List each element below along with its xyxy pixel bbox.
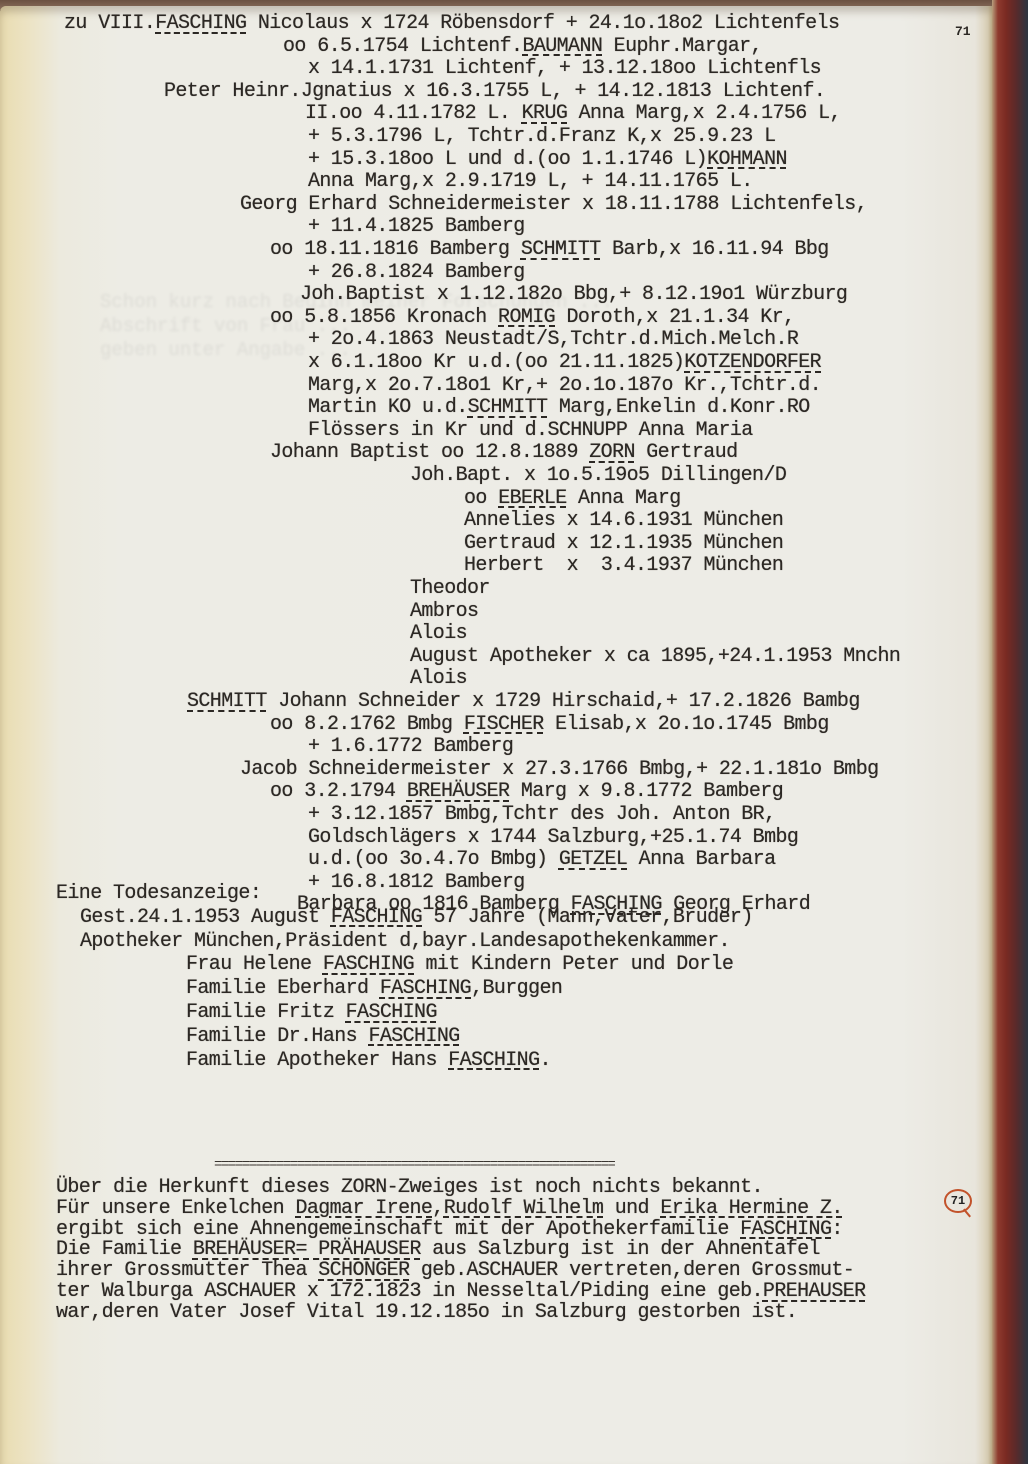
notice-line: Eine Todesanzeige:: [56, 882, 261, 906]
text-segment: Theodor: [410, 577, 490, 600]
underlined-surname: PREHAUSER: [763, 1280, 866, 1303]
genealogy-line: Alois: [410, 667, 467, 691]
text-segment: Anna Marg,x 2.9.1719 L, + 14.11.1765 L.: [308, 170, 753, 193]
notice-line: Frau Helene FASCHING mit Kindern Peter u…: [186, 953, 733, 977]
genealogy-line: + 3.12.1857 Bmbg,Tchtr des Joh. Anton BR…: [308, 803, 775, 827]
text-segment: Familie Fritz: [186, 1001, 346, 1024]
text-segment: Alois: [410, 622, 467, 645]
genealogy-line: Joh.Baptist x 1.12.182o Bbg,+ 8.12.19o1 …: [300, 283, 847, 307]
text-segment: oo 18.11.1816 Bamberg: [270, 238, 521, 261]
text-segment: x 14.1.1731 Lichtenf, + 13.12.18oo Licht…: [308, 57, 821, 80]
genealogy-line: SCHMITT Johann Schneider x 1729 Hirschai…: [187, 690, 860, 714]
underlined-surname: SCHMITT: [521, 238, 601, 261]
text-segment: x 6.1.18oo Kr u.d.(oo 21.11.1825): [308, 351, 684, 374]
underlined-surname: KOHMANN: [707, 148, 787, 171]
genealogy-line: Martin KO u.d.SCHMITT Marg,Enkelin d.Kon…: [308, 396, 810, 420]
text-segment: Apotheker München,Präsident d,bayr.Lande…: [80, 930, 730, 953]
document-page: Schon kurz nach Beginn meiner Forschunge…: [0, 6, 992, 1464]
genealogy-line: + 26.8.1824 Bamberg: [308, 261, 525, 285]
underlined-surname: FASCHING: [331, 906, 422, 929]
genealogy-line: Flössers in Kr und d.SCHNUPP Anna Maria: [308, 419, 753, 443]
genealogy-line: Goldschlägers x 1744 Salzburg,+25.1.74 B…: [308, 826, 798, 850]
text-segment: Peter Heinr.Jgnatius x 16.3.1755 L, + 14…: [164, 80, 825, 103]
text-segment: Georg Erhard Schneidermeister x 18.11.17…: [240, 193, 867, 216]
underlined-surname: FASCHING: [380, 977, 471, 1000]
underlined-surname: FASCHING: [323, 953, 414, 976]
text-segment: war,deren Vater Josef Vital 19.12.185o i…: [56, 1301, 797, 1324]
genealogy-line: oo 8.2.1762 Bmbg FISCHER Elisab,x 2o.1o.…: [270, 713, 829, 737]
text-segment: Über die Herkunft dieses ZORN-Zweiges is…: [56, 1176, 763, 1199]
text-segment: Joh.Bapt. x 1o.5.19o5 Dillingen/D: [410, 464, 786, 487]
text-segment: oo 5.8.1856 Kronach: [270, 306, 498, 329]
text-segment: Annelies x 14.6.1931 München: [464, 509, 783, 532]
text-segment: :: [831, 1218, 842, 1241]
notice-line: Familie Fritz FASCHING: [186, 1001, 437, 1025]
genealogy-line: oo 3.2.1794 BREHÄUSER Marg x 9.8.1772 Ba…: [270, 780, 783, 804]
text-segment: Ambros: [410, 600, 478, 623]
underlined-surname: ZORN: [589, 441, 635, 464]
separator-line: ========================================…: [214, 1158, 774, 1172]
underlined-surname: ROMIG: [498, 306, 555, 329]
text-segment: oo 3.2.1794: [270, 780, 407, 803]
book-binding-edge: [992, 0, 1028, 1464]
text-segment: + 5.3.1796 L, Tchtr.d.Franz K,x 25.9.23 …: [308, 125, 775, 148]
genealogy-line: Jacob Schneidermeister x 27.3.1766 Bmbg,…: [240, 758, 879, 782]
text-segment: Frau Helene: [186, 953, 323, 976]
underlined-surname: SCHMITT: [187, 690, 267, 713]
text-segment: Nicolaus x 1724 Röbensdorf + 24.1o.18o2 …: [246, 12, 839, 35]
text-segment: August Apotheker x ca 1895,+24.1.1953 Mn…: [410, 645, 900, 668]
underlined-surname: FASCHING: [368, 1025, 459, 1048]
notice-line: Familie Eberhard FASCHING,Burggen: [186, 977, 562, 1001]
underlined-surname: Erika Hermine Z.: [660, 1197, 842, 1220]
text-segment: + 2o.4.1863 Neustadt/S,Tchtr.d.Mich.Melc…: [308, 328, 798, 351]
notice-line: Gest.24.1.1953 August FASCHING 57 Jahre …: [80, 906, 753, 930]
text-segment: Für unsere Enkelchen: [56, 1197, 295, 1220]
genealogy-line: Theodor: [410, 577, 490, 601]
text-segment: Joh.Baptist x 1.12.182o Bbg,+ 8.12.19o1 …: [300, 283, 847, 306]
genealogy-line: oo 5.8.1856 Kronach ROMIG Doroth,x 21.1.…: [270, 306, 795, 330]
underlined-surname: KRUG: [522, 102, 568, 125]
underlined-surname: BREHÄUSER: [407, 780, 510, 803]
genealogy-line: Ambros: [410, 600, 478, 624]
text-segment: + 11.4.1825 Bamberg: [308, 215, 525, 238]
underlined-surname: SCHMITT: [468, 396, 548, 419]
text-segment: Herbert x 3.4.1937 München: [464, 554, 783, 577]
genealogy-line: x 6.1.18oo Kr u.d.(oo 21.11.1825)KOTZEND…: [308, 351, 821, 375]
text-segment: Elisab,x 2o.1o.1745 Bmbg: [544, 713, 829, 736]
text-segment: Gest.24.1.1953 August: [80, 906, 331, 929]
text-segment: + 3.12.1857 Bmbg,Tchtr des Joh. Anton BR…: [308, 803, 775, 826]
text-segment: Anna Barbara: [627, 848, 775, 871]
underlined-surname: SCHONGER: [318, 1259, 409, 1282]
underlined-surname: Rudolf Wilhelm: [444, 1197, 604, 1220]
text-segment: Anna Marg,x 2.4.1756 L,: [567, 102, 841, 125]
text-segment: II.oo 4.11.1782 L.: [305, 102, 522, 125]
notice-line: Apotheker München,Präsident d,bayr.Lande…: [80, 930, 730, 954]
text-segment: und: [603, 1197, 660, 1220]
genealogy-line: Herbert x 3.4.1937 München: [464, 554, 783, 578]
underlined-surname: BAUMANN: [522, 35, 602, 58]
text-segment: + 16.8.1812 Bamberg: [308, 871, 525, 894]
genealogy-line: Johann Baptist oo 12.8.1889 ZORN Gertrau…: [270, 441, 738, 465]
genealogy-line: Marg,x 2o.7.18o1 Kr,+ 2o.1o.187o Kr.,Tch…: [308, 374, 821, 398]
text-segment: geb.ASCHAUER vertreten,deren Grossmut-: [409, 1259, 854, 1282]
genealogy-line: Gertraud x 12.1.1935 München: [464, 532, 783, 556]
notice-line: Familie Dr.Hans FASCHING: [186, 1025, 460, 1049]
underlined-surname: FASCHING: [155, 12, 246, 35]
underlined-surname: GETZEL: [559, 848, 627, 871]
genealogy-line: II.oo 4.11.1782 L. KRUG Anna Marg,x 2.4.…: [305, 102, 841, 126]
text-segment: Gertraud x 12.1.1935 München: [464, 532, 783, 555]
text-segment: ter Walburga ASCHAUER x 172.1823 in Ness…: [56, 1280, 763, 1303]
text-segment: Anna Marg: [567, 487, 681, 510]
genealogy-line: Peter Heinr.Jgnatius x 16.3.1755 L, + 14…: [164, 80, 825, 104]
underlined-surname: FASCHING: [448, 1049, 539, 1072]
text-segment: Familie Apotheker Hans: [186, 1049, 448, 1072]
text-segment: Euphr.Margar,: [602, 35, 762, 58]
genealogy-line: oo 18.11.1816 Bamberg SCHMITT Barb,x 16.…: [270, 238, 829, 262]
genealogy-line: x 14.1.1731 Lichtenf, + 13.12.18oo Licht…: [308, 57, 821, 81]
genealogy-line: Alois: [410, 622, 467, 646]
text-segment: + 26.8.1824 Bamberg: [308, 261, 525, 284]
text-segment: Barb,x 16.11.94 Bbg: [601, 238, 829, 261]
genealogy-line: oo 6.5.1754 Lichtenf.BAUMANN Euphr.Marga…: [283, 35, 762, 59]
underlined-surname: BREHÄUSER= PRÄHAUSER: [193, 1238, 421, 1261]
text-segment: aus Salzburg ist in der Ahnentafel: [421, 1238, 820, 1261]
genealogy-line: zu VIII.FASCHING Nicolaus x 1724 Röbensd…: [64, 12, 839, 36]
text-segment: Doroth,x 21.1.34 Kr,: [555, 306, 794, 329]
text-segment: Marg,Enkelin d.Konr.RO: [547, 396, 809, 419]
text-segment: Die Familie: [56, 1238, 193, 1261]
genealogy-line: u.d.(oo 3o.4.7o Bmbg) GETZEL Anna Barbar…: [308, 848, 776, 872]
genealogy-line: August Apotheker x ca 1895,+24.1.1953 Mn…: [410, 645, 900, 669]
text-segment: mit Kindern Peter und Dorle: [414, 953, 733, 976]
genealogy-line: oo EBERLE Anna Marg: [464, 487, 681, 511]
text-segment: Marg,x 2o.7.18o1 Kr,+ 2o.1o.187o Kr.,Tch…: [308, 374, 821, 397]
genealogy-line: Georg Erhard Schneidermeister x 18.11.17…: [240, 193, 867, 217]
text-segment: ,: [432, 1197, 443, 1220]
text-segment: Johann Baptist oo 12.8.1889: [270, 441, 589, 464]
genealogy-line: + 2o.4.1863 Neustadt/S,Tchtr.d.Mich.Melc…: [308, 328, 798, 352]
handwritten-page-annotation: 71: [944, 1189, 972, 1213]
page-number: 71: [955, 24, 971, 39]
genealogy-line: + 11.4.1825 Bamberg: [308, 215, 525, 239]
underlined-surname: FISCHER: [464, 713, 544, 736]
genealogy-line: Anna Marg,x 2.9.1719 L, + 14.11.1765 L.: [308, 170, 753, 194]
text-segment: ,Burggen: [471, 977, 562, 1000]
genealogy-line: + 16.8.1812 Bamberg: [308, 871, 525, 895]
text-segment: + 15.3.18oo L und d.(oo 1.1.1746 L): [308, 148, 707, 171]
text-segment: Familie Eberhard: [186, 977, 380, 1000]
text-segment: oo 6.5.1754 Lichtenf.: [283, 35, 522, 58]
text-segment: ihrer Grossmutter Thea: [56, 1259, 318, 1282]
genealogy-line: Annelies x 14.6.1931 München: [464, 509, 783, 533]
genealogy-line: Joh.Bapt. x 1o.5.19o5 Dillingen/D: [410, 464, 786, 488]
text-segment: Johann Schneider x 1729 Hirschaid,+ 17.2…: [267, 690, 860, 713]
underlined-surname: EBERLE: [498, 487, 566, 510]
underlined-surname: FASCHING: [346, 1001, 437, 1024]
text-segment: 57 Jahre (Mann,Vater,Bruder): [422, 906, 753, 929]
text-segment: Eine Todesanzeige:: [56, 882, 261, 905]
text-segment: oo: [464, 487, 498, 510]
genealogy-line: + 15.3.18oo L und d.(oo 1.1.1746 L)KOHMA…: [308, 148, 787, 172]
text-segment: Alois: [410, 667, 467, 690]
text-segment: oo 8.2.1762 Bmbg: [270, 713, 464, 736]
genealogy-line: + 5.3.1796 L, Tchtr.d.Franz K,x 25.9.23 …: [308, 125, 775, 149]
text-segment: + 1.6.1772 Bamberg: [308, 735, 513, 758]
notice-line: Familie Apotheker Hans FASCHING.: [186, 1049, 551, 1073]
closing-line: war,deren Vater Josef Vital 19.12.185o i…: [56, 1301, 797, 1325]
underlined-surname: Dagmar Irene: [295, 1197, 432, 1220]
text-segment: Marg x 9.8.1772 Bamberg: [509, 780, 783, 803]
genealogy-line: + 1.6.1772 Bamberg: [308, 735, 513, 759]
text-segment: u.d.(oo 3o.4.7o Bmbg): [308, 848, 559, 871]
text-segment: Jacob Schneidermeister x 27.3.1766 Bmbg,…: [240, 758, 879, 781]
underlined-surname: KOTZENDORFER: [684, 351, 821, 374]
text-segment: zu VIII.: [64, 12, 155, 35]
text-segment: Martin KO u.d.: [308, 396, 468, 419]
text-segment: Gertraud: [635, 441, 738, 464]
text-segment: Flössers in Kr und d.SCHNUPP Anna Maria: [308, 419, 753, 442]
text-segment: .: [539, 1049, 550, 1072]
text-segment: Familie Dr.Hans: [186, 1025, 368, 1048]
text-segment: Goldschlägers x 1744 Salzburg,+25.1.74 B…: [308, 826, 798, 849]
